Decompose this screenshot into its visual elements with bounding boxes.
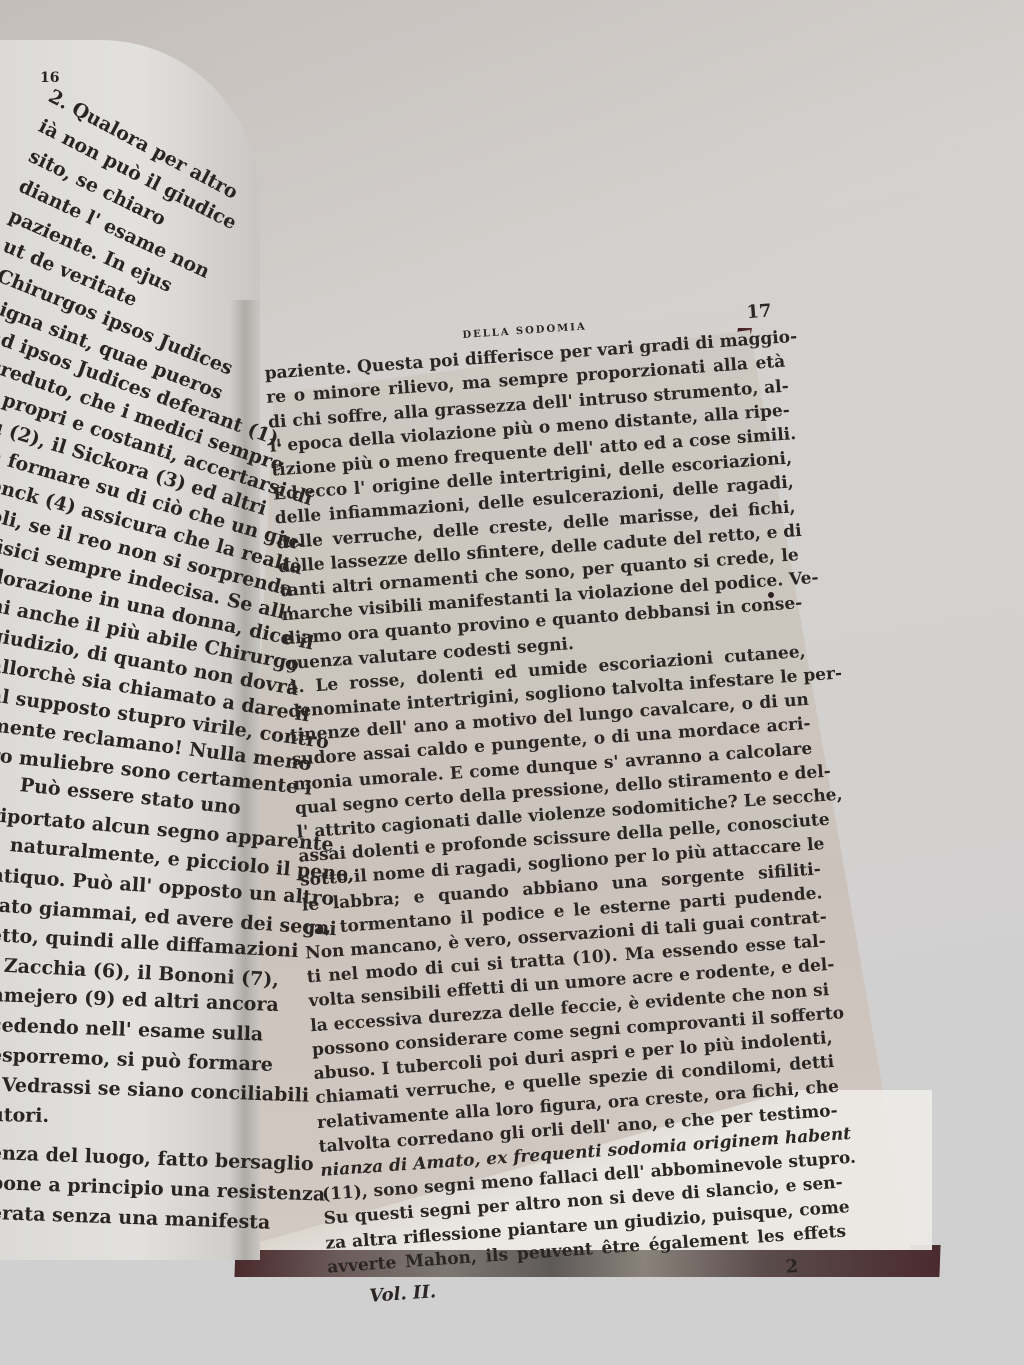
text-line: utori. bbox=[0, 1100, 290, 1135]
signature-mark: 2 bbox=[785, 1255, 799, 1280]
ink-speck bbox=[768, 592, 774, 598]
right-page-text: DELLA SODOMIA 17 paziente. Questa poi di… bbox=[262, 299, 849, 1312]
left-page-text: 2. Qualora per altro ià non può il giudi… bbox=[0, 80, 290, 1228]
page-number: 17 bbox=[746, 299, 773, 325]
volume-label: Vol. II. bbox=[369, 1280, 437, 1309]
